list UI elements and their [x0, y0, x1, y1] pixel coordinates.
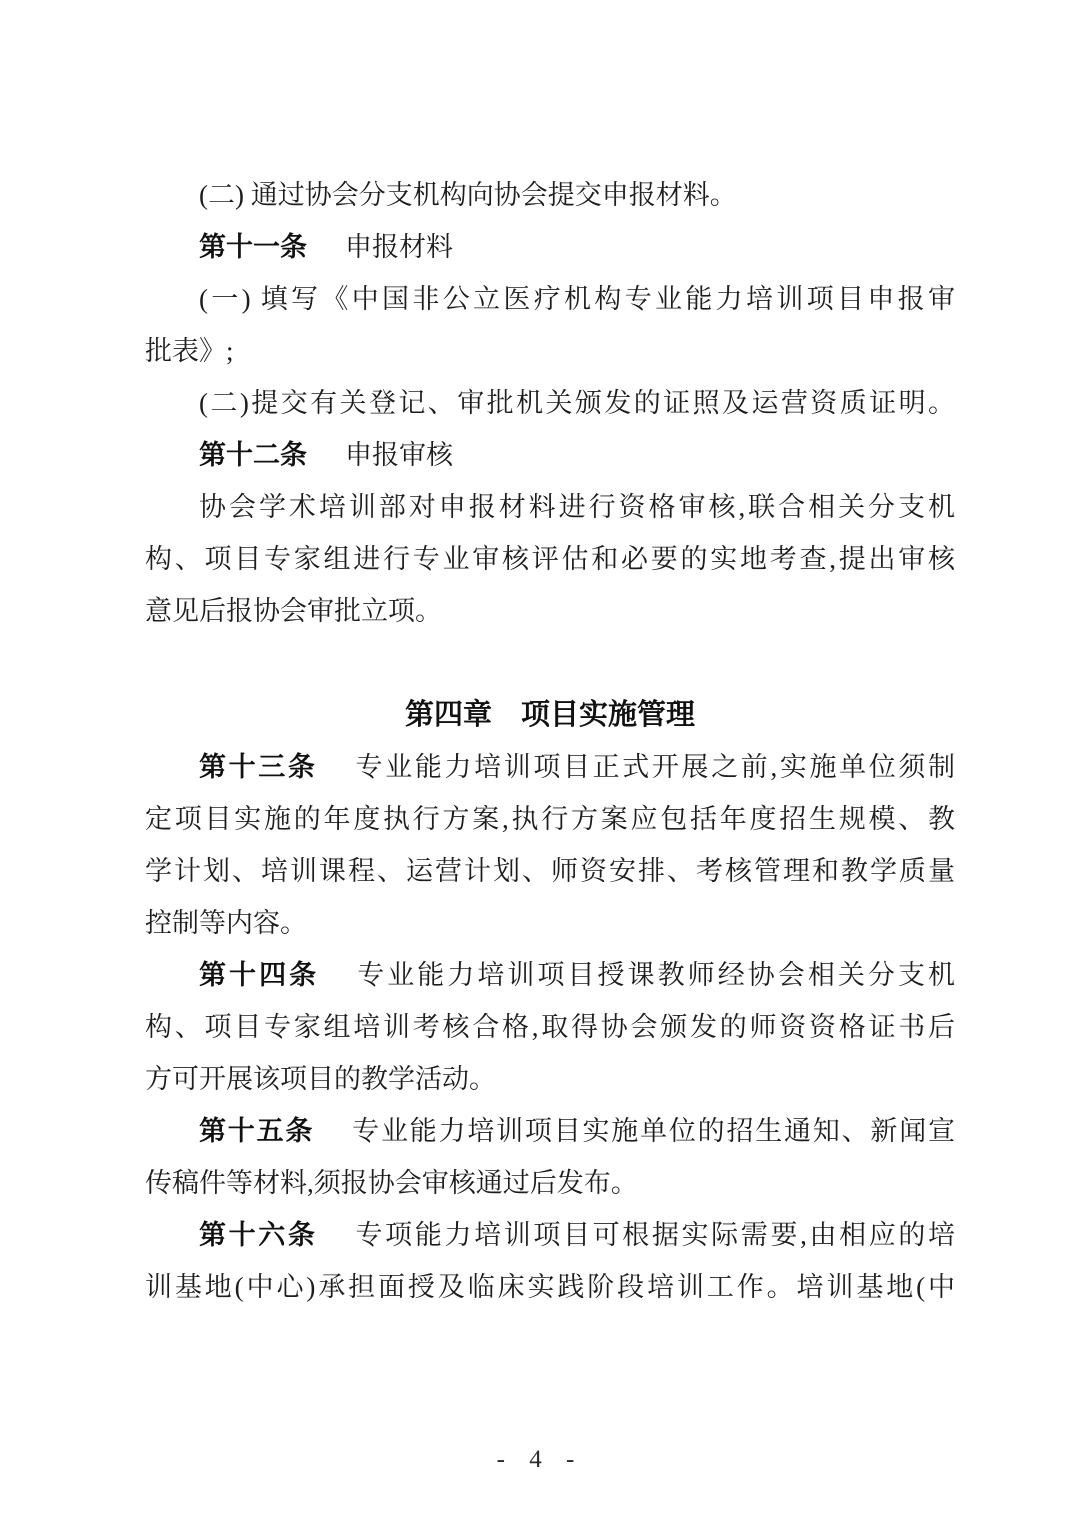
text-line: (一) 填写《中国非公立医疗机构专业能力培训项目申报审 — [145, 273, 955, 325]
text-line: 方可开展该项目的教学活动。 — [145, 1053, 955, 1105]
document-body: (二) 通过协会分支机构向协会提交申报材料。第十一条申报材料(一) 填写《中国非… — [145, 169, 955, 1313]
text-line: 控制等内容。 — [145, 897, 955, 949]
article-number: 第十二条 — [199, 440, 307, 470]
line-text: 申报材料 — [345, 232, 453, 262]
line-text: 专项能力培训项目可根据实际需要,由相应的培 — [356, 1220, 955, 1250]
text-line: (二)提交有关登记、审批机关颁发的证照及运营资质证明。 — [145, 377, 955, 429]
article-line: 第十五条专业能力培训项目实施单位的招生通知、新闻宣 — [145, 1105, 955, 1157]
article-number: 第十四条 — [199, 960, 319, 990]
text-line: 批表》; — [145, 325, 955, 377]
text-line: 协会学术培训部对申报材料进行资格审核,联合相关分支机 — [145, 481, 955, 533]
text-line: 定项目实施的年度执行方案,执行方案应包括年度招生规模、教 — [145, 793, 955, 845]
page-number: - 4 - — [0, 1443, 1080, 1477]
article-number: 第十五条 — [199, 1116, 314, 1146]
article-line: 第十四条专业能力培训项目授课教师经协会相关分支机 — [145, 949, 955, 1001]
line-text: 专业能力培训项目授课教师经协会相关分支机 — [357, 960, 955, 990]
line-text: 申报审核 — [345, 440, 453, 470]
text-line: 意见后报协会审批立项。 — [145, 585, 955, 637]
article-number: 第十三条 — [199, 752, 318, 782]
article-line: 第十一条申报材料 — [145, 221, 955, 273]
text-line: 传稿件等材料,须报协会审核通过后发布。 — [145, 1157, 955, 1209]
text-line: 构、项目专家组进行专业审核评估和必要的实地考查,提出审核 — [145, 533, 955, 585]
text-line: (二) 通过协会分支机构向协会提交申报材料。 — [145, 169, 955, 221]
article-line: 第十二条申报审核 — [145, 429, 955, 481]
text-line: 构、项目专家组培训考核合格,取得协会颁发的师资资格证书后 — [145, 1001, 955, 1053]
line-text: 专业能力培训项目实施单位的招生通知、新闻宣 — [352, 1116, 955, 1146]
article-line: 第十六条专项能力培训项目可根据实际需要,由相应的培 — [145, 1209, 955, 1261]
article-number: 第十六条 — [199, 1220, 318, 1250]
document-page: (二) 通过协会分支机构向协会提交申报材料。第十一条申报材料(一) 填写《中国非… — [0, 0, 1080, 1528]
article-number: 第十一条 — [199, 232, 307, 262]
text-line: 训基地(中心)承担面授及临床实践阶段培训工作。培训基地(中 — [145, 1261, 955, 1313]
article-line: 第十三条专业能力培训项目正式开展之前,实施单位须制 — [145, 741, 955, 793]
text-line: 学计划、培训课程、运营计划、师资安排、考核管理和教学质量 — [145, 845, 955, 897]
line-text: 专业能力培训项目正式开展之前,实施单位须制 — [356, 752, 955, 782]
chapter-heading: 第四章 项目实施管理 — [145, 689, 955, 741]
